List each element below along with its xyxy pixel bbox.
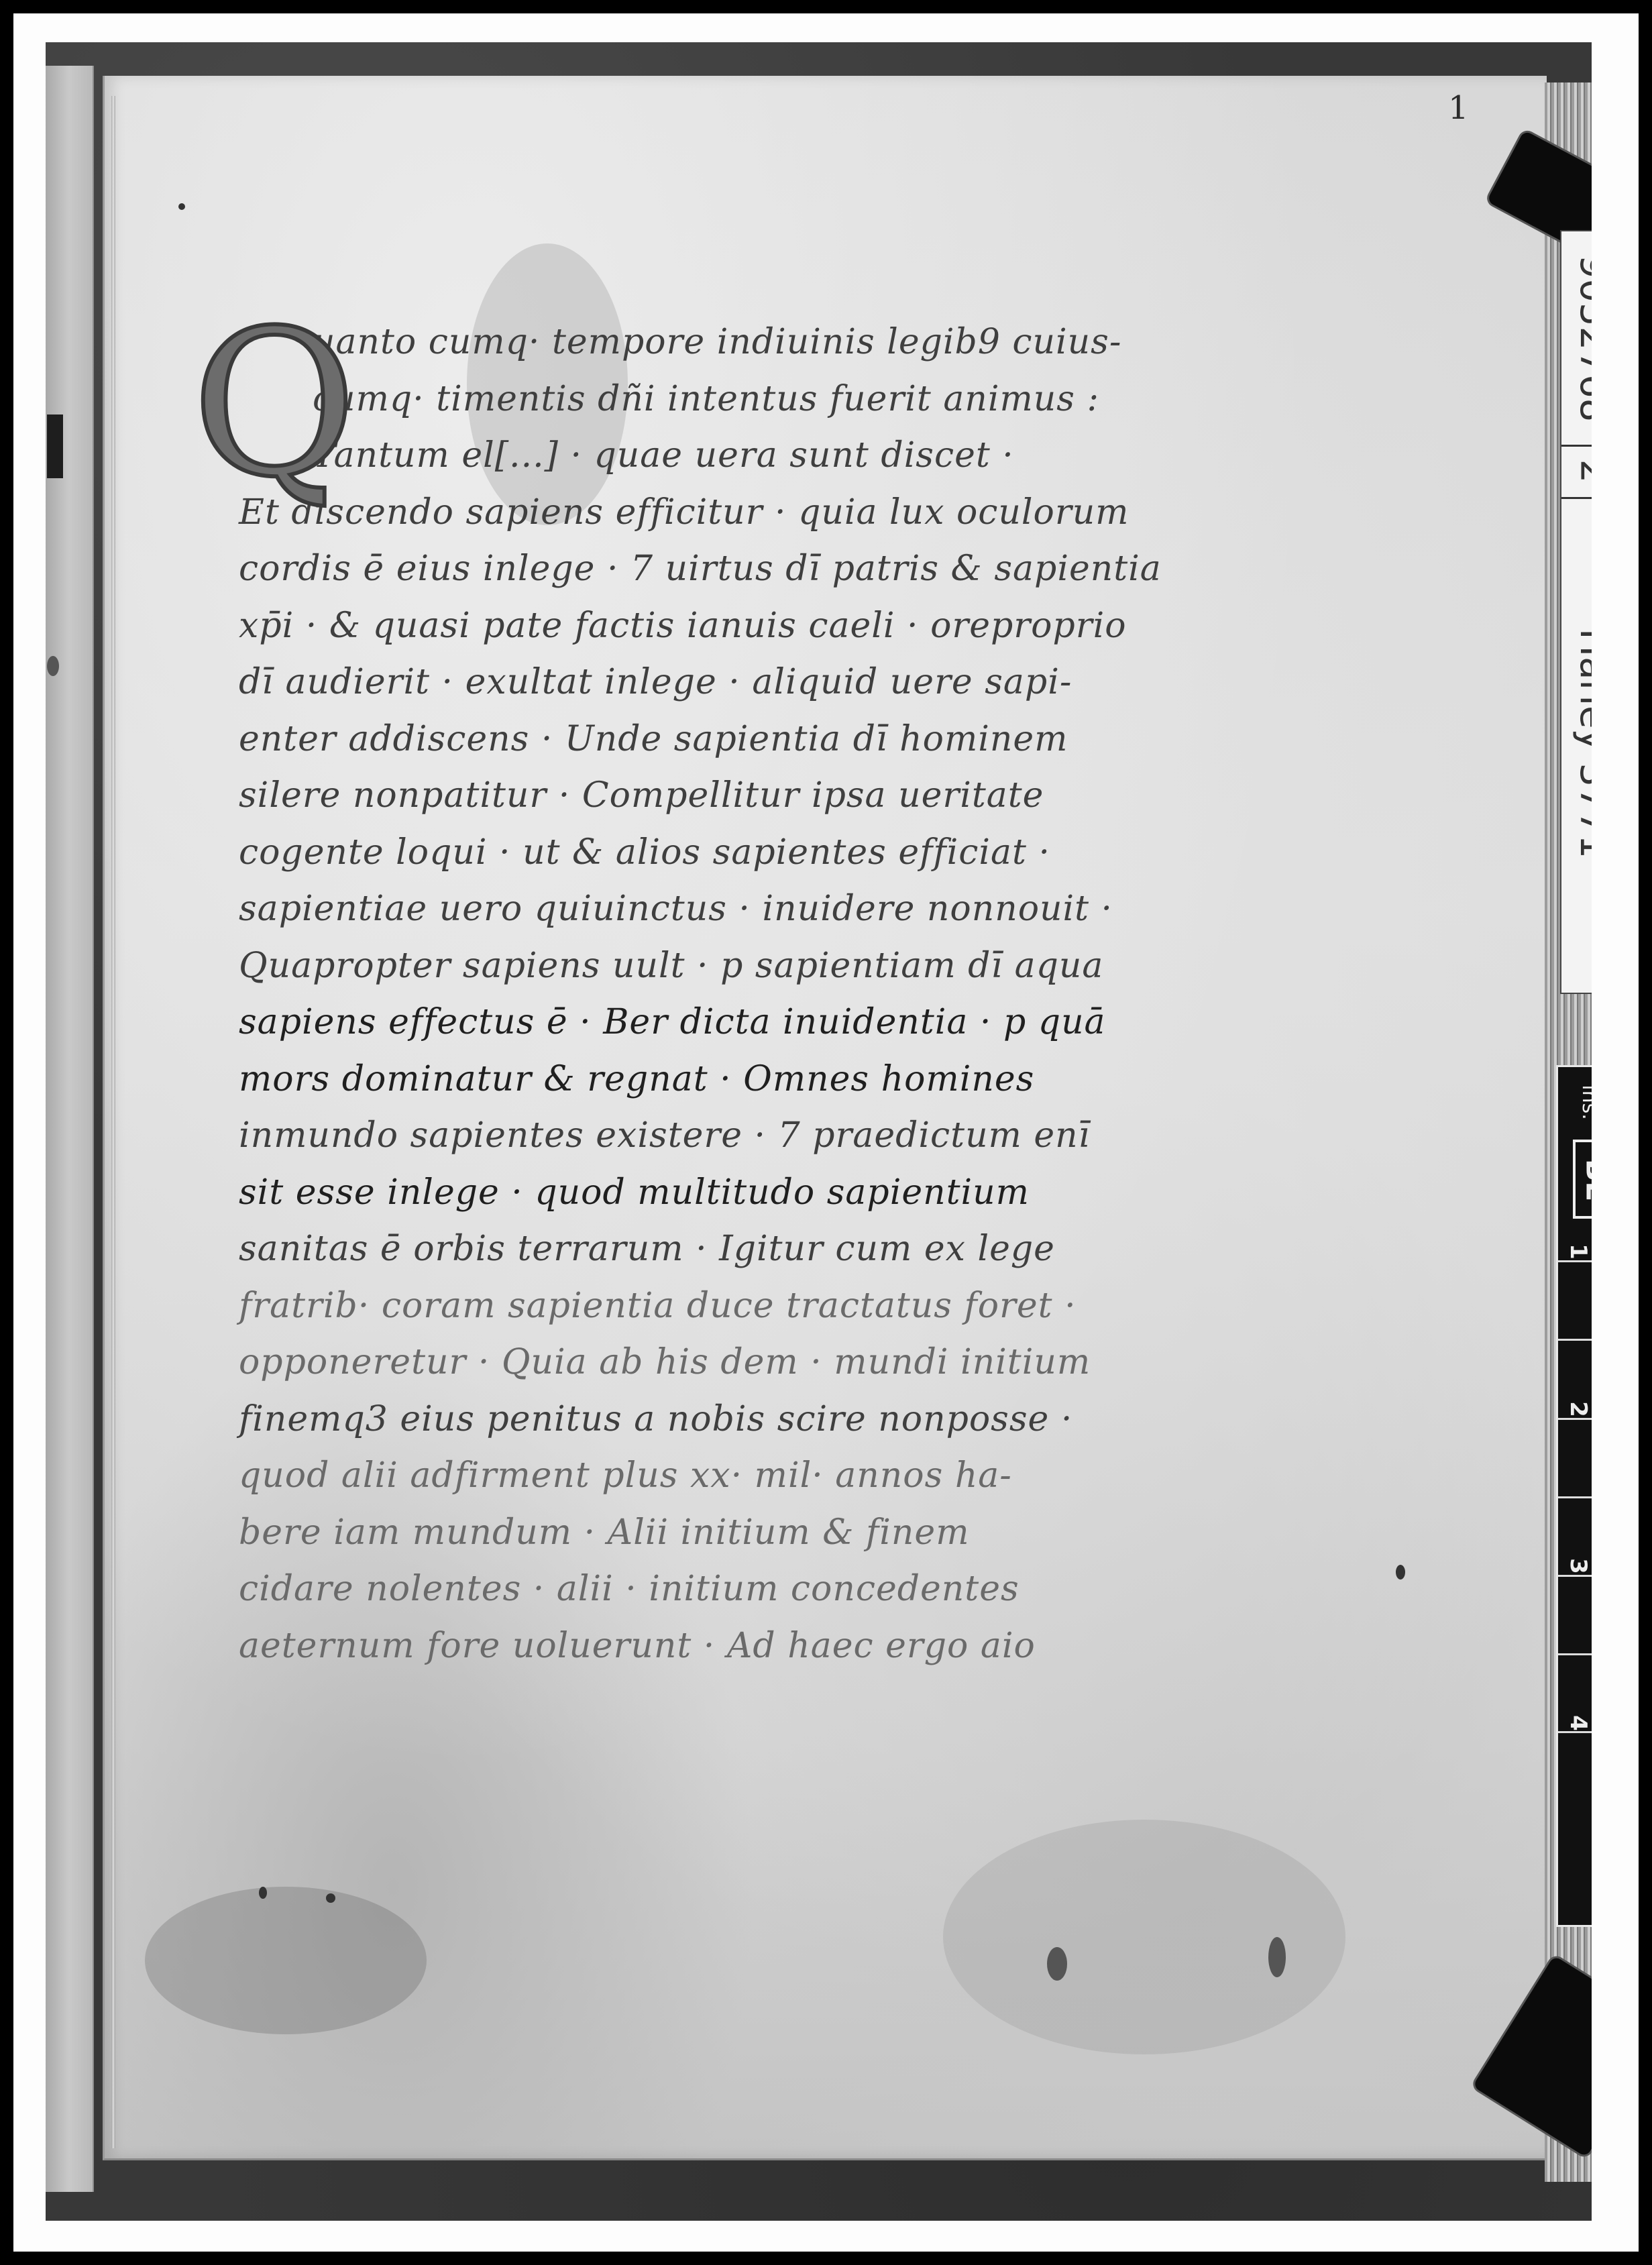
text-line: aeternum fore uoluerunt · Ad haec ergo a… <box>239 1618 1379 1675</box>
shelfmark-label: 9052768 2 Harley 3771 <box>1560 230 1592 994</box>
manuscript-folio: 1 Q uanto cumq· tempore indiuinis legib9… <box>103 76 1547 2160</box>
text-line: finemq3 eius penitus a nobis scire nonpo… <box>239 1391 1379 1448</box>
text-line: opponeretur · Quia ab his dem · mundi in… <box>239 1334 1379 1391</box>
inch-mark-3: 3 <box>1565 1558 1592 1574</box>
text-line: Et discendo sapiens efficitur · quia lux… <box>239 484 1379 541</box>
text-line: inmundo sapientes existere · 7 praedictu… <box>239 1107 1379 1164</box>
shelfmark-collection: Harley 3771 <box>1561 497 1592 990</box>
text-line: cogente loqui · ut & alios sapientes eff… <box>239 824 1379 881</box>
text-line: sapiens effectus ē · Ber dicta inuidenti… <box>239 994 1379 1051</box>
text-line: xp̄i · & quasi pate factis ianuis caeli … <box>239 598 1379 655</box>
text-line: Tantum el[...] · quae uera sunt discet · <box>239 427 1379 484</box>
inch-mark-1: 1 <box>1565 1244 1592 1260</box>
shelfmark-number: 9052768 <box>1561 231 1592 447</box>
text-line: cordis ē eius inlege · 7 uirtus dī patri… <box>239 541 1379 598</box>
stain <box>145 1887 427 2034</box>
inch-tick <box>1558 1418 1592 1420</box>
text-line: sit esse inlege · quod multitudo sapient… <box>239 1164 1379 1221</box>
ink-spot <box>178 203 185 210</box>
inch-mark-2: 2 <box>1565 1401 1592 1417</box>
half-inch-tick <box>1558 1653 1592 1655</box>
folio-number: 1 <box>1448 89 1469 127</box>
inch-tick <box>1558 1260 1592 1262</box>
text-line: sanitas ē orbis terrarum · Igitur cum ex… <box>239 1221 1379 1278</box>
leaf-ink-mark <box>47 656 59 676</box>
text-line: uanto cumq· tempore indiuinis legib9 cui… <box>239 314 1379 371</box>
stain <box>943 1820 1345 2054</box>
text-line: Quapropter sapiens uult · p sapientiam d… <box>239 938 1379 995</box>
ink-spot <box>1396 1565 1405 1580</box>
inch-mark-4: 4 <box>1565 1715 1592 1731</box>
text-line: fratrib· coram sapientia duce tractatus … <box>239 1278 1379 1335</box>
ink-spot <box>1268 1937 1286 1977</box>
ink-spot <box>1047 1947 1067 1981</box>
text-line: mors dominatur & regnat · Omnes homines <box>239 1051 1379 1108</box>
british-library-logo-icon: BL <box>1573 1140 1592 1219</box>
gutter-fold <box>111 96 115 2148</box>
inch-tick <box>1558 1731 1592 1733</box>
scale-ruler: ins. cms. BL 1 2 3 4 The British Library <box>1556 1065 1592 1927</box>
text-line: cumq· timentis dñi intentus fuerit animu… <box>239 371 1379 428</box>
text-line: dī audierit · exultat inlege · aliquid u… <box>239 654 1379 711</box>
text-line: quod alii adfirment plus xx· mil· annos … <box>239 1447 1379 1504</box>
text-line: silere nonpatitur · Compellitur ipsa uer… <box>239 767 1379 824</box>
decorated-initial: Q <box>192 304 357 505</box>
inches-unit-label: ins. <box>1578 1085 1592 1120</box>
half-inch-tick <box>1558 1339 1592 1341</box>
text-block: Q uanto cumq· tempore indiuinis legib9 c… <box>239 314 1379 1674</box>
text-line: enter addiscens · Unde sapientia dī homi… <box>239 711 1379 768</box>
ink-spot <box>326 1893 335 1903</box>
text-line: cidare nolentes · alii · initium concede… <box>239 1561 1379 1618</box>
leaf-ink-mark <box>47 415 63 478</box>
inch-tick <box>1558 1575 1592 1577</box>
shelfmark-volume: 2 <box>1561 445 1592 499</box>
half-inch-tick <box>1558 1496 1592 1498</box>
manuscript-photograph: 1 Q uanto cumq· tempore indiuinis legib9… <box>46 42 1592 2221</box>
ink-spot <box>259 1887 267 1899</box>
left-adjoining-leaf <box>46 66 94 2192</box>
text-line: sapientiae uero quiuinctus · inuidere no… <box>239 881 1379 938</box>
text-line: bere iam mundum · Alii initium & finem <box>239 1504 1379 1561</box>
